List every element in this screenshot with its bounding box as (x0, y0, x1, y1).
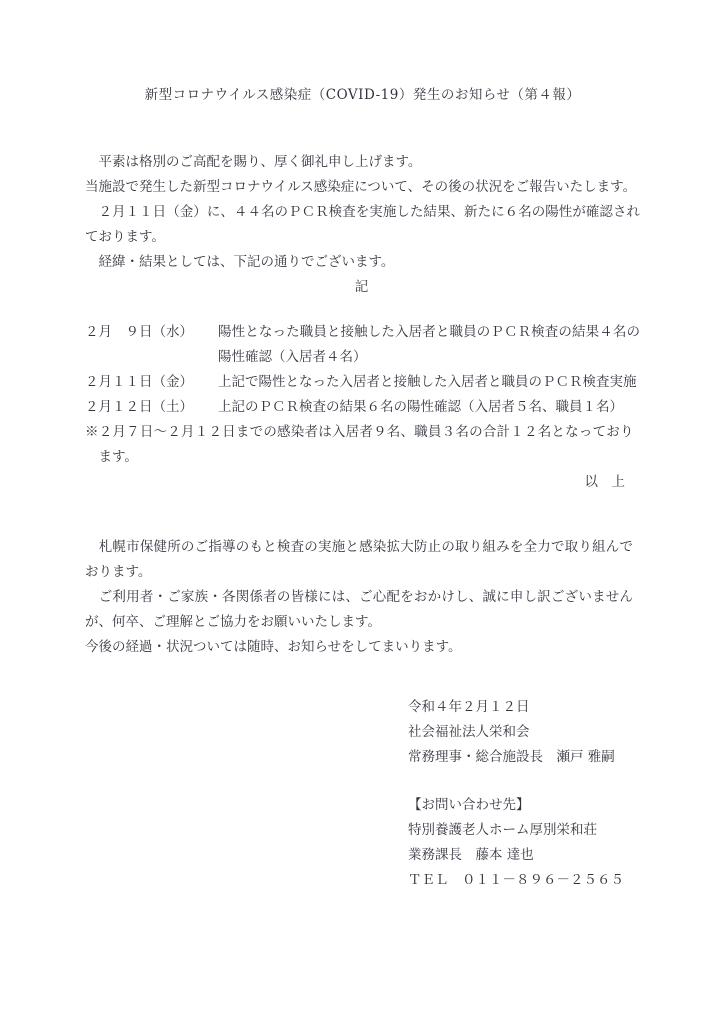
closing-section: 札幌市保健所のご指導のもと検査の実施と感染拡大防止の取り組みを全力で取り組んでお… (85, 535, 633, 660)
timeline-row: ２月１１日（金） 上記で陽性となった入居者と接触した入居者と職員のＰＣＲ検査実施 (85, 370, 640, 395)
timeline-section: ２月 ９日（水） 陽性となった職員と接触した入居者と職員のＰＣＲ検査の結果４名の… (85, 320, 640, 420)
document-page: 新型コロナウイルス感染症（COVID-19）発生のお知らせ（第４報） 平素は格別… (0, 0, 725, 1024)
intro-paragraph: 当施設で発生した新型コロナウイルス感染症について、その後の状況をご報告いたします… (85, 175, 640, 200)
signature-block: 令和４年２月１２日 社会福祉法人栄和会 常務理事・総合施設長 瀬戸 雅嗣 (408, 695, 640, 770)
closing-paragraph: 札幌市保健所のご指導のもと検査の実施と感染拡大防止の取り組みを全力で取り組んでお… (85, 535, 633, 585)
record-heading: 記 (85, 275, 640, 300)
timeline-row: ２月 ９日（水） 陽性となった職員と接触した入居者と職員のＰＣＲ検査の結果４名の… (85, 320, 640, 370)
intro-section: 平素は格別のご高配を賜り、厚く御礼申し上げます。 当施設で発生した新型コロナウイ… (85, 150, 640, 275)
closing-marker: 以 上 (85, 470, 640, 495)
contact-heading: 【お問い合わせ先】 (408, 793, 640, 818)
closing-paragraph: ご利用者・ご家族・各関係者の皆様には、ご心配をおかけし、誠に申し訳ございませんが… (85, 585, 633, 635)
summary-note: ※２月７日～２月１２日までの感染者は入居者９名、職員３名の合計１２名となっており… (85, 420, 634, 470)
contact-block: 【お問い合わせ先】 特別養護老人ホーム厚別栄和荘 業務課長 藤本 達也 ＴＥＬ … (408, 793, 640, 893)
timeline-description: 陽性となった職員と接触した入居者と職員のＰＣＲ検査の結果４名の陽性確認（入居者４… (218, 320, 640, 370)
intro-paragraph: 経緯・結果としては、下記の通りでございます。 (85, 250, 640, 275)
contact-tel: ＴＥＬ ０１１－８９６－２５６５ (408, 868, 640, 893)
document-title: 新型コロナウイルス感染症（COVID-19）発生のお知らせ（第４報） (85, 83, 640, 108)
signature-signer: 常務理事・総合施設長 瀬戸 雅嗣 (408, 745, 640, 770)
contact-facility: 特別養護老人ホーム厚別栄和荘 (408, 818, 640, 843)
signature-organization: 社会福祉法人栄和会 (408, 720, 640, 745)
timeline-date: ２月 ９日（水） (85, 320, 218, 370)
closing-paragraph: 今後の経過・状況ついては随時、お知らせをしてまいります。 (85, 635, 633, 660)
intro-paragraph: 平素は格別のご高配を賜り、厚く御礼申し上げます。 (85, 150, 640, 175)
signature-date: 令和４年２月１２日 (408, 695, 640, 720)
contact-person: 業務課長 藤本 達也 (408, 843, 640, 868)
timeline-date: ２月１２日（土） (85, 395, 218, 420)
timeline-row: ２月１２日（土） 上記のＰＣＲ検査の結果６名の陽性確認（入居者５名、職員１名） (85, 395, 640, 420)
timeline-description: 上記で陽性となった入居者と接触した入居者と職員のＰＣＲ検査実施 (218, 370, 640, 395)
timeline-date: ２月１１日（金） (85, 370, 218, 395)
intro-paragraph: ２月１１日（金）に、４４名のＰＣＲ検査を実施した結果、新たに６名の陽性が確認され… (85, 200, 640, 250)
timeline-description: 上記のＰＣＲ検査の結果６名の陽性確認（入居者５名、職員１名） (218, 395, 640, 420)
